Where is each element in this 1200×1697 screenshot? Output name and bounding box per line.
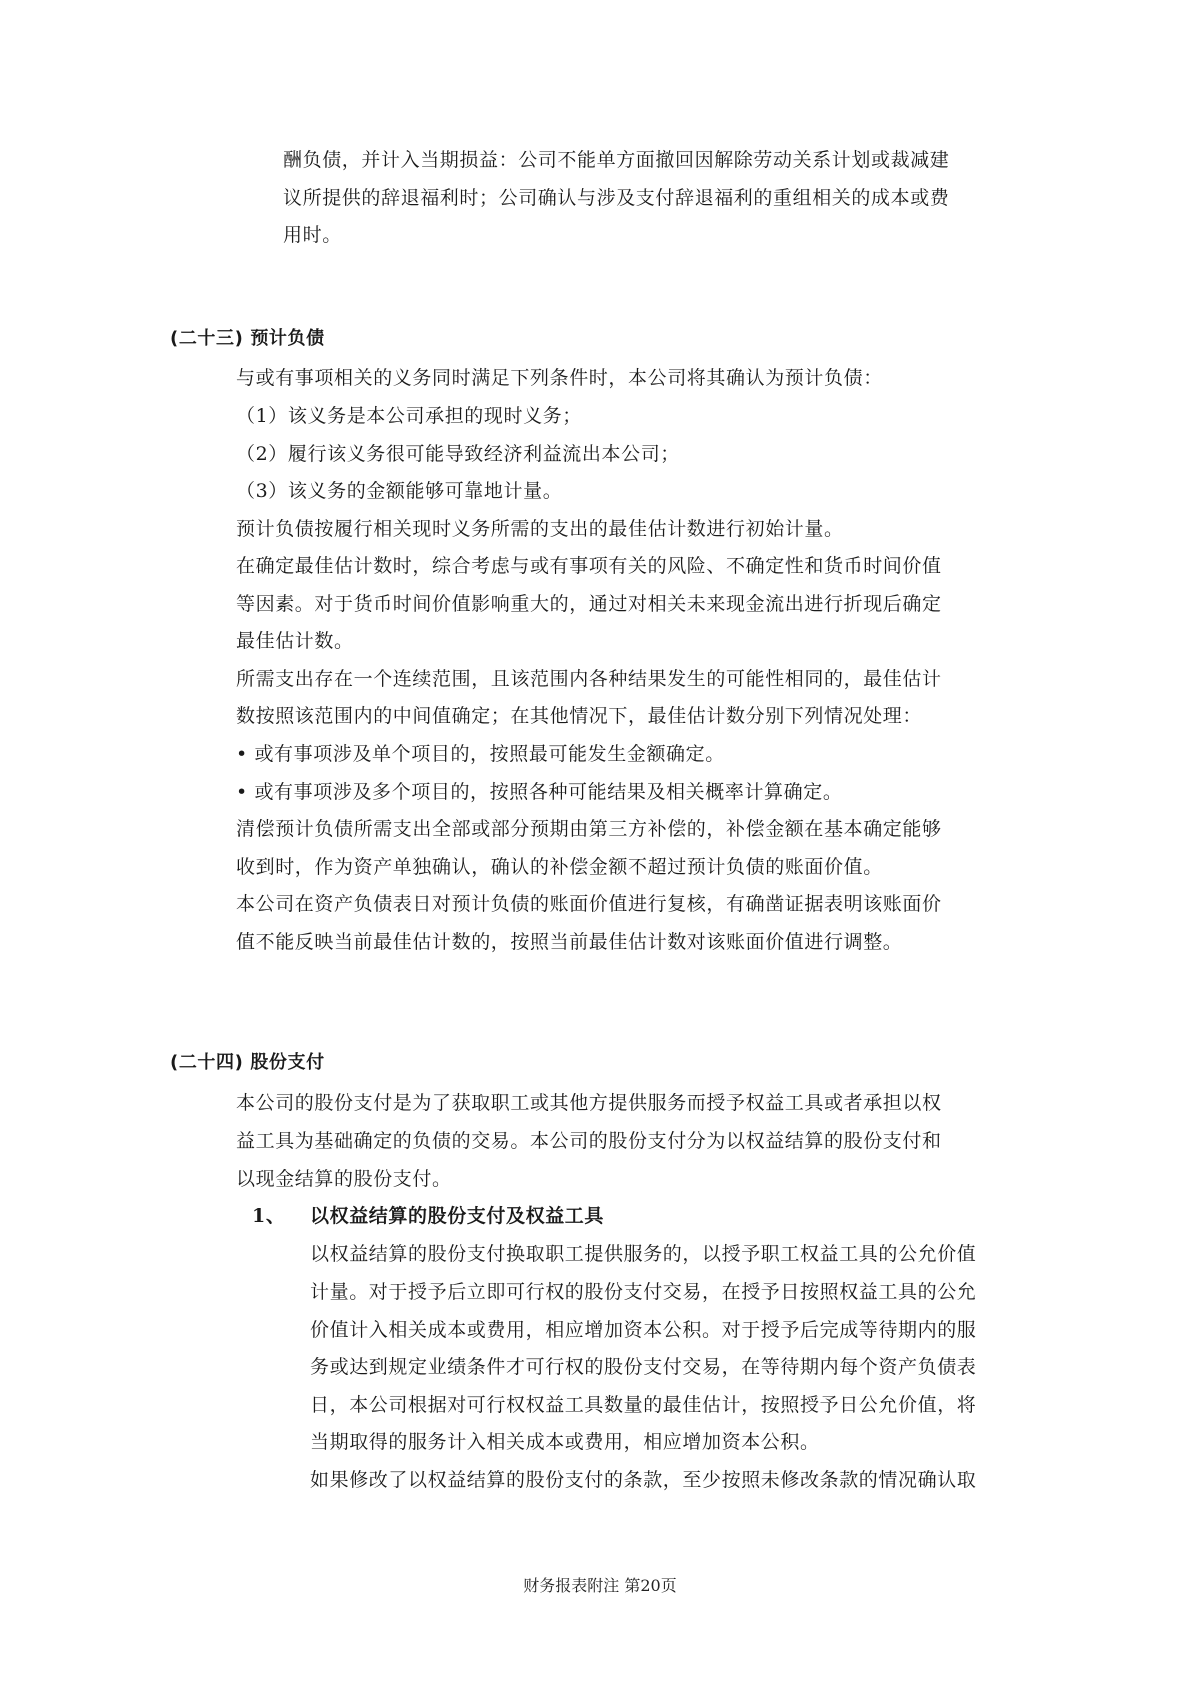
document-page: 酬负债，并计入当期损益：公司不能单方面撤回因解除劳动关系计划或裁减建 议所提供的… — [0, 0, 1200, 1697]
paragraph-line: 价值计入相关成本或费用，相应增加资本公积。对于授予后完成等待期内的服 — [310, 1317, 976, 1343]
section-heading-provisions: (二十三) 预计负债 — [170, 326, 325, 352]
paragraph-line: 等因素。对于货币时间价值影响重大的，通过对相关未来现金流出进行折现后确定 — [236, 591, 942, 617]
paragraph-line: 计量。对于授予后立即可行权的股份支付交易，在授予日按照权益工具的公允 — [310, 1279, 976, 1305]
paragraph-line: 以现金结算的股份支付。 — [236, 1166, 452, 1192]
paragraph-line: 日，本公司根据对可行权权益工具数量的最佳估计，按照授予日公允价值，将 — [310, 1392, 976, 1418]
condition-item: （2）履行该义务很可能导致经济利益流出本公司； — [236, 441, 680, 467]
paragraph-line: 如果修改了以权益结算的股份支付的条款，至少按照未修改条款的情况确认取 — [310, 1467, 976, 1493]
condition-item: （3）该义务的金额能够可靠地计量。 — [236, 478, 562, 504]
paragraph-line: 与或有事项相关的义务同时满足下列条件时，本公司将其确认为预计负债： — [236, 365, 883, 391]
subsection-title: 以权益结算的股份支付及权益工具 — [310, 1203, 604, 1229]
bullet-item: • 或有事项涉及单个项目的，按照最可能发生金额确定。 — [236, 741, 725, 767]
continuation-line: 议所提供的辞退福利时；公司确认与涉及支付辞退福利的重组相关的成本或费 — [283, 185, 949, 211]
section-heading-share-payment: (二十四) 股份支付 — [170, 1050, 325, 1076]
continuation-line: 用时。 — [283, 222, 342, 248]
paragraph-line: 清偿预计负债所需支出全部或部分预期由第三方补偿的，补偿金额在基本确定能够 — [236, 816, 942, 842]
paragraph-line: 在确定最佳估计数时，综合考虑与或有事项有关的风险、不确定性和货币时间价值 — [236, 553, 942, 579]
paragraph-line: 当期取得的服务计入相关成本或费用，相应增加资本公积。 — [310, 1429, 820, 1455]
paragraph-line: 本公司在资产负债表日对预计负债的账面价值进行复核，有确凿证据表明该账面价 — [236, 891, 942, 917]
paragraph-line: 最佳估计数。 — [236, 628, 354, 654]
condition-item: （1）该义务是本公司承担的现时义务； — [236, 403, 582, 429]
paragraph-line: 益工具为基础确定的负债的交易。本公司的股份支付分为以权益结算的股份支付和 — [236, 1128, 942, 1154]
subsection-number: 1、 — [252, 1203, 285, 1229]
paragraph-line: 以权益结算的股份支付换取职工提供服务的，以授予职工权益工具的公允价值 — [310, 1241, 976, 1267]
bullet-item: • 或有事项涉及多个项目的，按照各种可能结果及相关概率计算确定。 — [236, 779, 842, 805]
paragraph-line: 务或达到规定业绩条件才可行权的股份支付交易，在等待期内每个资产负债表 — [310, 1354, 976, 1380]
continuation-line: 酬负债，并计入当期损益：公司不能单方面撤回因解除劳动关系计划或裁减建 — [283, 147, 949, 173]
paragraph-line: 值不能反映当前最佳估计数的，按照当前最佳估计数对该账面价值进行调整。 — [236, 929, 902, 955]
paragraph-line: 本公司的股份支付是为了获取职工或其他方提供服务而授予权益工具或者承担以权 — [236, 1090, 942, 1116]
paragraph-line: 收到时，作为资产单独确认，确认的补偿金额不超过预计负债的账面价值。 — [236, 854, 883, 880]
page-footer: 财务报表附注 第20页 — [0, 1573, 1200, 1596]
paragraph-line: 所需支出存在一个连续范围，且该范围内各种结果发生的可能性相同的，最佳估计 — [236, 666, 942, 692]
paragraph-line: 数按照该范围内的中间值确定；在其他情况下，最佳估计数分别下列情况处理： — [236, 703, 922, 729]
paragraph-line: 预计负债按履行相关现时义务所需的支出的最佳估计数进行初始计量。 — [236, 516, 844, 542]
